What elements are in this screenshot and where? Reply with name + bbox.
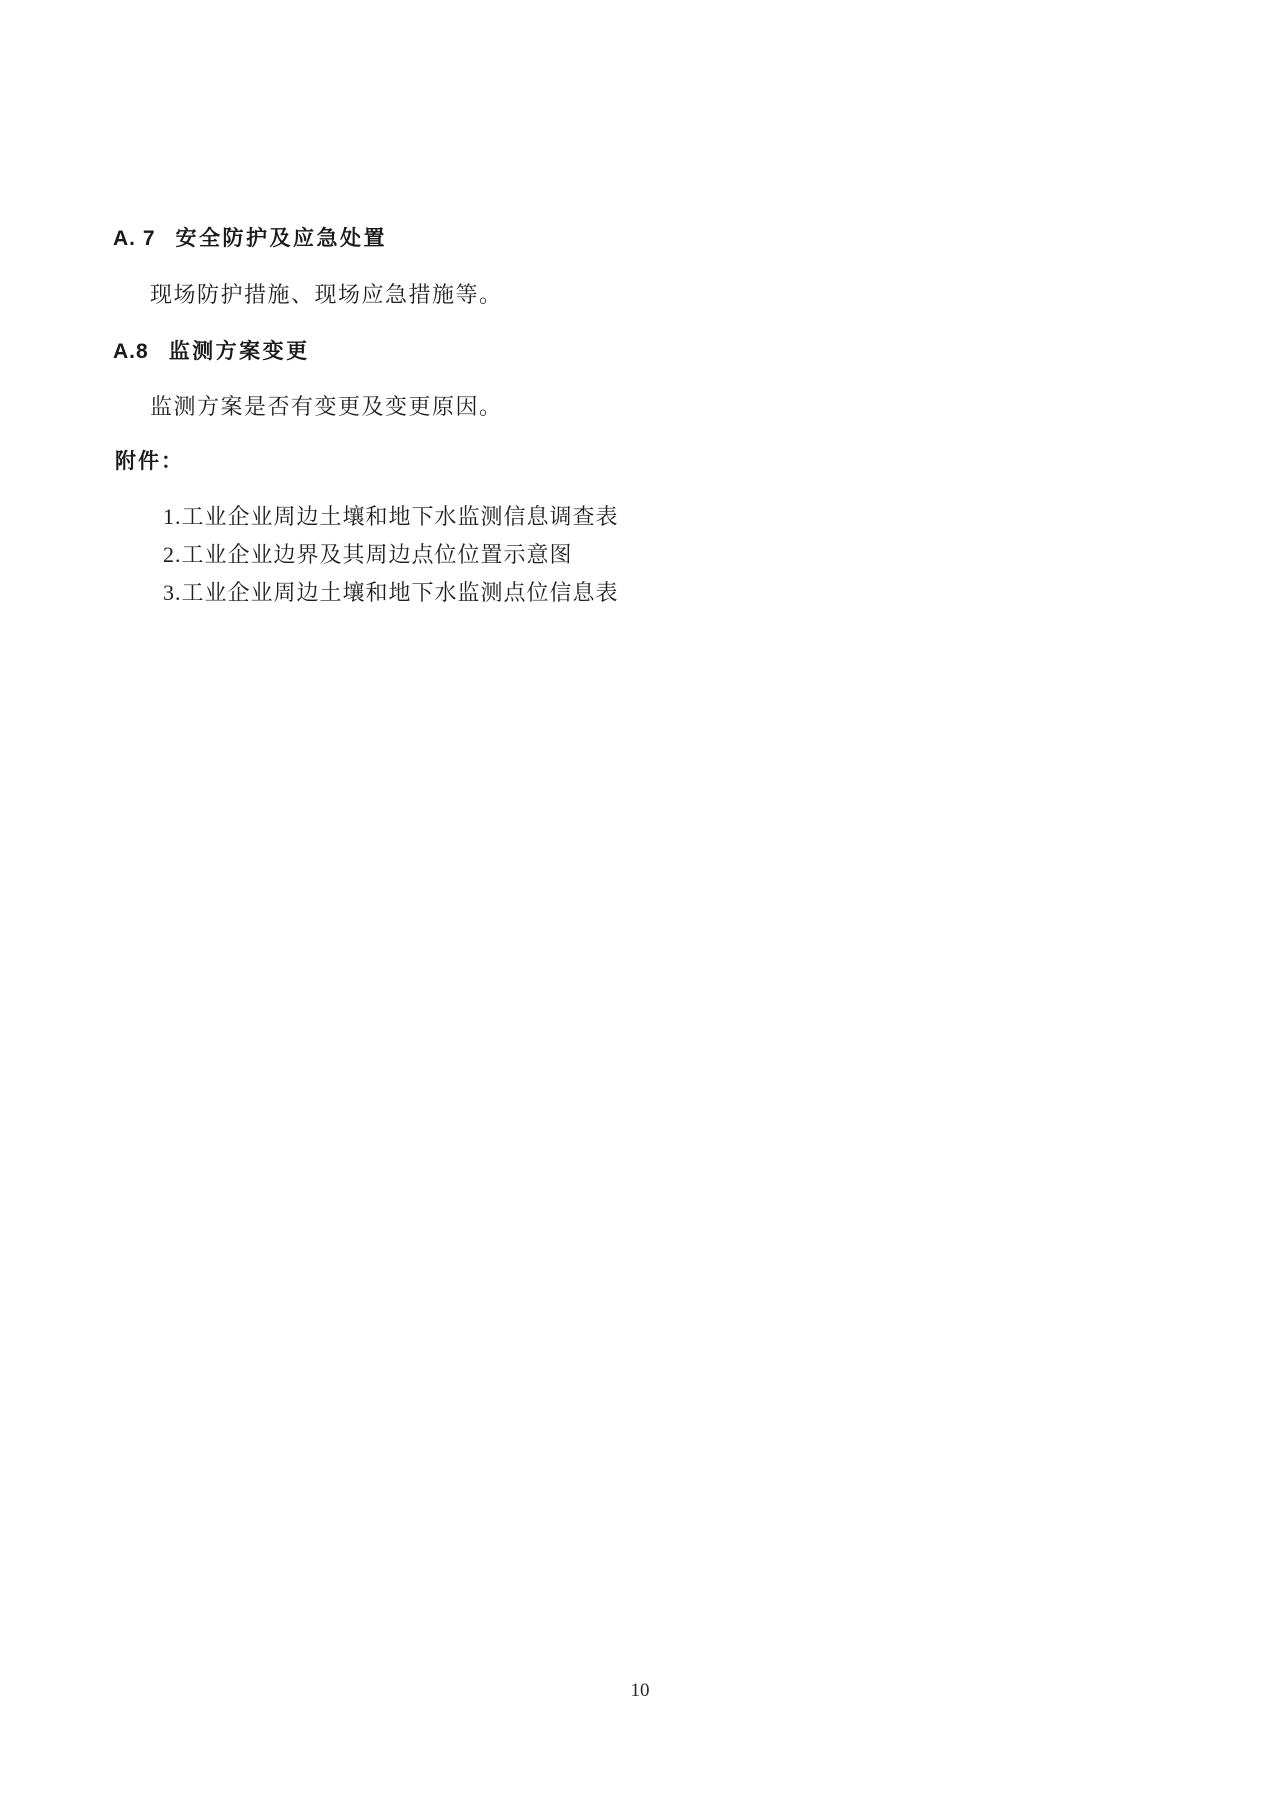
attachment-item-1: 1.工业企业周边土壤和地下水监测信息调查表 [163, 500, 619, 531]
section-body-a7: 现场防护措施、现场应急措施等。 [150, 278, 503, 309]
section-number-a7: A. 7 [113, 227, 156, 251]
section-title-a7: 安全防护及应急处置 [176, 227, 388, 250]
section-body-a8: 监测方案是否有变更及变更原因。 [150, 390, 503, 421]
attachment-item-2: 2.工业企业边界及其周边点位位置示意图 [163, 538, 573, 569]
section-title-a8: 监测方案变更 [169, 340, 310, 363]
section-number-a8: A.8 [113, 340, 149, 364]
page-number: 10 [0, 1680, 1280, 1702]
attachment-item-3: 3.工业企业周边土壤和地下水监测点位信息表 [163, 576, 619, 607]
section-heading-a8: A.8监测方案变更 [113, 335, 310, 365]
document-page: A. 7安全防护及应急处置 现场防护措施、现场应急措施等。 A.8监测方案变更 … [0, 0, 1280, 1810]
attachments-label: 附件： [115, 445, 184, 475]
section-heading-a7: A. 7安全防护及应急处置 [113, 222, 387, 252]
